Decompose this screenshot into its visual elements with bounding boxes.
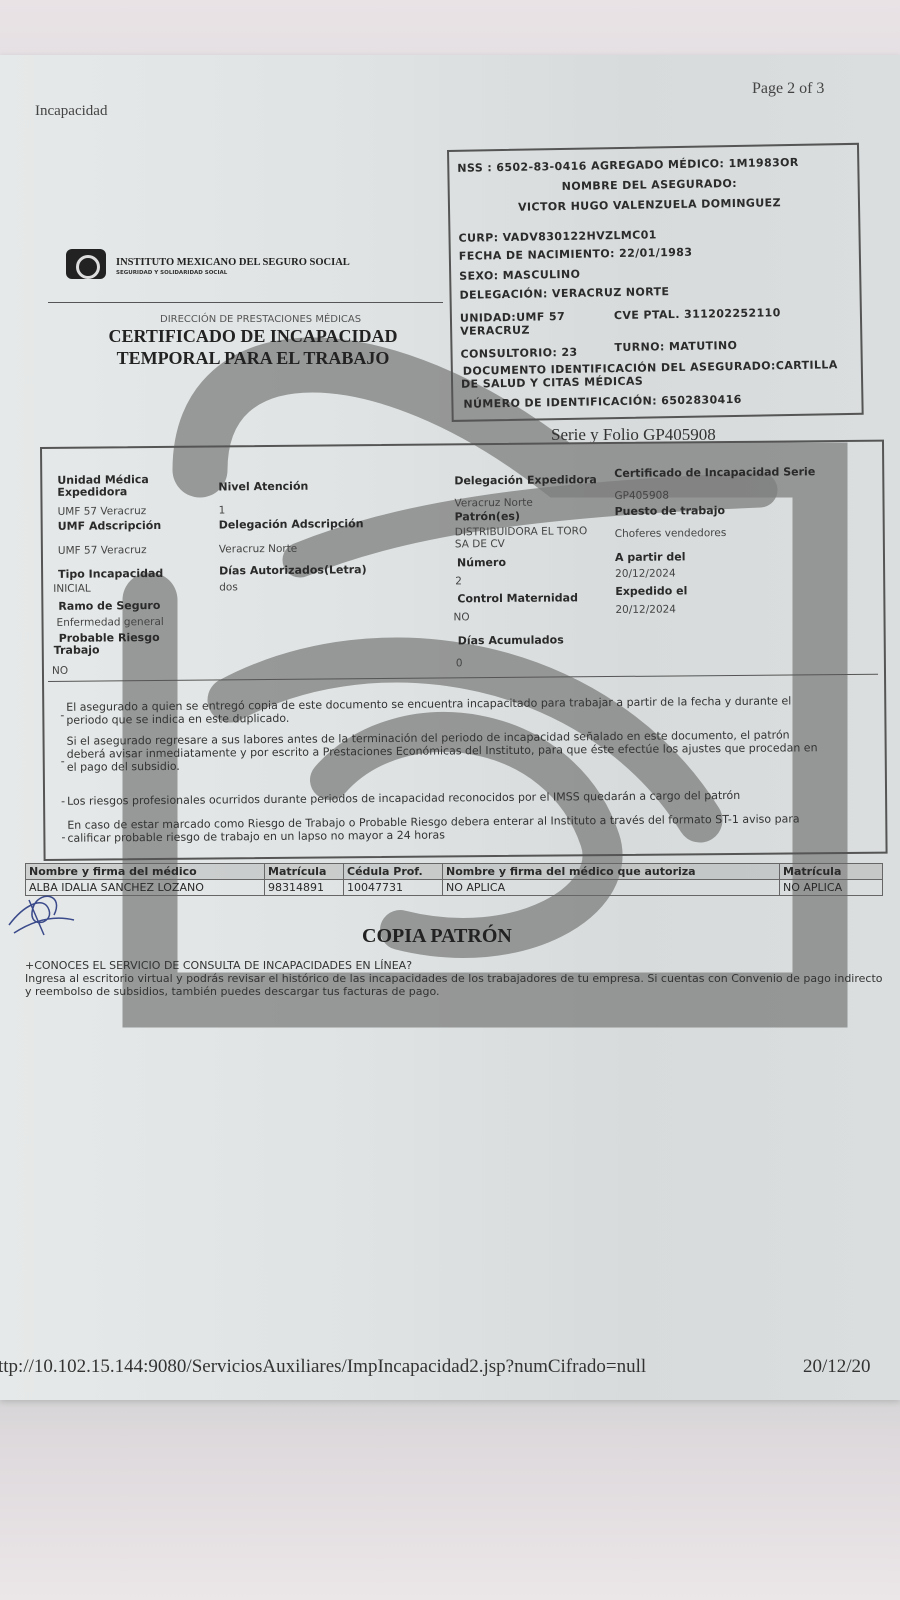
dias-autorizados-label: Días Autorizados(Letra) [219, 564, 367, 577]
promo-body: Ingresa al escritorio virtual y podrás r… [25, 972, 885, 998]
ramo-seguro-value: Enfermedad general [56, 616, 163, 629]
institution-motto: SEGURIDAD Y SOLIDARIDAD SOCIAL [116, 270, 227, 276]
footer-date: 20/12/20 [803, 1356, 871, 1378]
riesgo-trabajo-value: NO [52, 665, 68, 677]
nss-line: NSS : 6502-83-0416 AGREGADO MÉDICO: 1M19… [457, 156, 799, 175]
nivel-atencion-value: 1 [219, 504, 226, 516]
note-3: Los riesgos profesionales ocurridos dura… [67, 789, 740, 808]
header-doctor-name: Nombre y firma del médico [26, 864, 265, 880]
numero-label: Número [457, 557, 506, 569]
a-partir-label: A partir del [615, 551, 686, 564]
delegacion-expedidora-value: Veracruz Norte [454, 497, 532, 510]
certificate-details-box: Unidad Médica Expedidora UMF 57 Veracruz… [40, 440, 888, 861]
certificate-title-line2: TEMPORAL PARA EL TRABAJO [88, 347, 418, 369]
dias-acumulados-label: Días Acumulados [458, 634, 564, 647]
riesgo-trabajo-label-cont: Trabajo [54, 644, 100, 656]
certificate-title-line1: CERTIFICADO DE INCAPACIDAD [88, 325, 418, 347]
table-row: ALBA IDALIA SANCHEZ LOZANO 98314891 1004… [26, 880, 883, 896]
unit: UNIDAD:UMF 57 [460, 310, 565, 325]
unit-city: VERACRUZ [460, 324, 530, 338]
authorizing-matricula: NO APLICA [780, 880, 883, 896]
dias-autorizados-value: dos [219, 581, 238, 593]
numero-value: 2 [455, 575, 462, 587]
header-authorizing-matricula: Matrícula [780, 864, 883, 880]
id-document-cont: DE SALUD Y CITAS MÉDICAS [461, 375, 643, 391]
page-indicator: Page 2 of 3 [752, 80, 824, 98]
puesto-value: Choferes vendedores [615, 527, 727, 540]
consultorio: CONSULTORIO: 23 [460, 346, 577, 361]
puesto-label: Puesto de trabajo [615, 505, 726, 518]
id-number: NÚMERO DE IDENTIFICACIÓN: 6502830416 [463, 393, 742, 411]
delegation: DELEGACIÓN: VERACRUZ NORTE [459, 285, 669, 302]
doctor-table: Nombre y firma del médico Matrícula Cédu… [25, 863, 883, 896]
authorizing-doctor: NO APLICA [443, 880, 780, 896]
birth-date: FECHA DE NACIMIENTO: 22/01/1983 [459, 246, 693, 263]
certificate-title: CERTIFICADO DE INCAPACIDAD TEMPORAL PARA… [88, 325, 418, 369]
institution-name: INSTITUTO MEXICANO DEL SEGURO SOCIAL [116, 257, 350, 268]
note-1: El asegurado a quien se entregó copia de… [66, 694, 791, 726]
imss-logo-icon [66, 249, 106, 279]
header-divider [48, 302, 443, 303]
nivel-atencion-label: Nivel Atención [218, 481, 308, 494]
document-tag: Incapacidad [35, 103, 107, 120]
a-partir-value: 20/12/2024 [615, 567, 676, 580]
insured-info-box: NSS : 6502-83-0416 AGREGADO MÉDICO: 1M19… [447, 143, 864, 422]
insured-name-label: NOMBRE DEL ASEGURADO: [562, 177, 738, 193]
doctor-table-header: Nombre y firma del médico Matrícula Cédu… [26, 864, 883, 880]
patron-value: DISTRIBUIDORA EL TORO [455, 525, 588, 538]
ramo-seguro-label: Ramo de Seguro [58, 600, 160, 613]
doctor-cedula: 10047731 [344, 880, 443, 896]
note-2: Si el asegurado regresare a sus labores … [67, 728, 818, 774]
cert-serie-label: Certificado de Incapacidad Serie [614, 466, 815, 480]
delegacion-adscripcion-label: Delegación Adscripción [219, 518, 364, 531]
insured-name: VICTOR HUGO VALENZUELA DOMINGUEZ [518, 196, 781, 214]
umf-adscripcion-value: UMF 57 Veracruz [58, 544, 147, 557]
dias-acumulados-value: 0 [456, 657, 463, 669]
control-maternidad-value: NO [453, 611, 469, 623]
header-cedula: Cédula Prof. [344, 864, 443, 880]
patron-label: Patrón(es) [455, 511, 520, 524]
note-4: En caso de estar marcado como Riesgo de … [67, 812, 800, 844]
id-document: DOCUMENTO IDENTIFICACIÓN DEL ASEGURADO:C… [463, 358, 838, 378]
expedido-value: 20/12/2024 [615, 603, 676, 616]
cert-serie-value: GP405908 [614, 490, 669, 502]
copia-patron: COPIA PATRÓN [362, 925, 512, 948]
header-matricula: Matrícula [265, 864, 344, 880]
tipo-incapacidad-label: Tipo Incapacidad [58, 568, 163, 581]
unidad-medica-value: UMF 57 Veracruz [58, 505, 147, 518]
patron-value-cont: SA DE CV [455, 538, 505, 550]
umf-adscripcion-label: UMF Adscripción [58, 520, 162, 533]
sex: SEXO: MASCULINO [459, 268, 580, 283]
control-maternidad-label: Control Maternidad [457, 592, 578, 605]
turno: TURNO: MATUTINO [614, 339, 737, 354]
expedido-label: Expedido el [615, 585, 687, 598]
delegacion-adscripcion-value: Veracruz Norte [219, 543, 297, 556]
signature-icon [4, 885, 84, 940]
header-authorizing-doctor: Nombre y firma del médico que autoriza [443, 864, 780, 880]
unidad-medica-label: Unidad Médica Expedidora [57, 474, 167, 499]
online-service-notice: +CONOCES EL SERVICIO DE CONSULTA DE INCA… [25, 959, 885, 998]
cve-ptal: CVE PTAL. 311202252110 [614, 306, 781, 322]
doctor-matricula: 98314891 [265, 880, 344, 896]
fields-divider [48, 674, 878, 682]
footer-url: ttp://10.102.15.144:9080/ServiciosAuxili… [0, 1356, 646, 1378]
direction-label: DIRECCIÓN DE PRESTACIONES MÉDICAS [160, 314, 361, 325]
delegacion-expedidora-label: Delegación Expedidora [454, 474, 597, 487]
tipo-incapacidad-value: INICIAL [53, 583, 91, 595]
promo-question: +CONOCES EL SERVICIO DE CONSULTA DE INCA… [25, 959, 885, 972]
curp: CURP: VADV830122HVZLMC01 [458, 228, 656, 244]
